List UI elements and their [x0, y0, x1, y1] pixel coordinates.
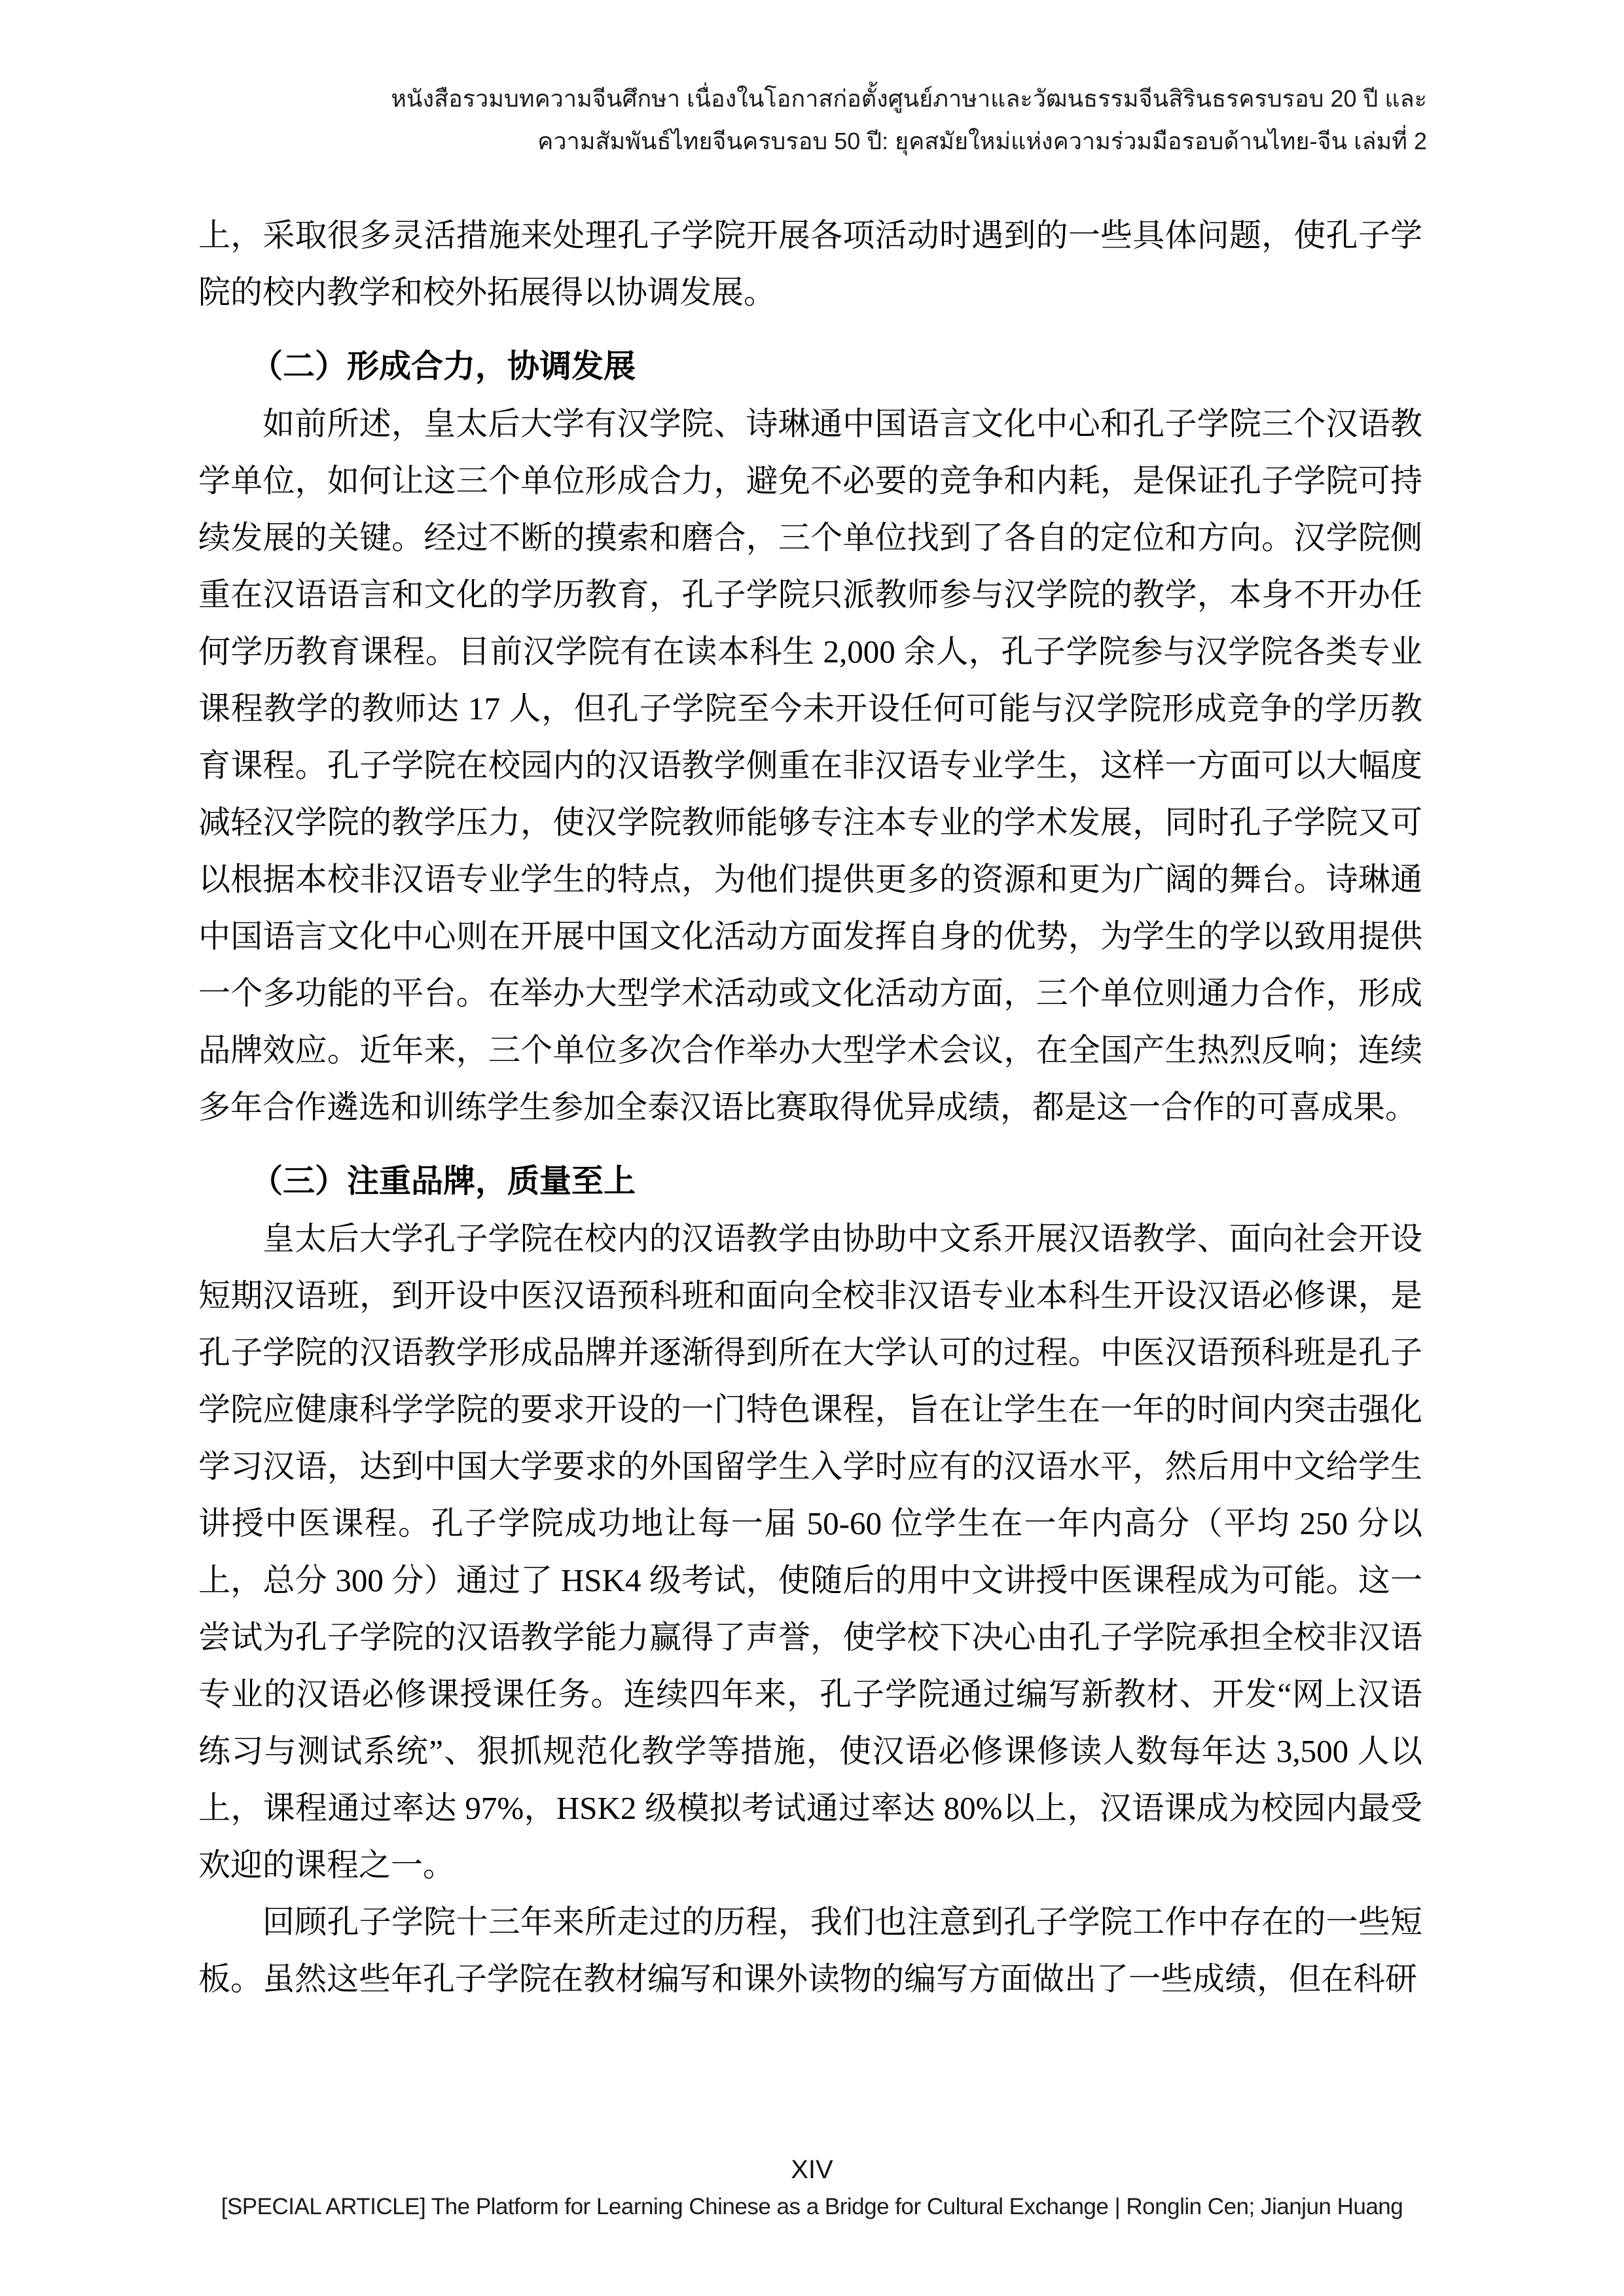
footer-credit: [SPECIAL ARTICLE] The Platform for Learn… — [0, 2193, 1624, 2221]
section-heading-3: （三）注重品牌，质量至上 — [198, 1153, 1422, 1210]
section-heading-2: （二）形成合力，协调发展 — [198, 338, 1422, 395]
running-head-line-1: หนังสือรวมบทความจีนศึกษา เนื่องในโอกาสก่… — [391, 77, 1427, 120]
body-text: 上，采取很多灵活措施来处理孔子学院开展各项活动时遇到的一些具体问题，使孔子学院的… — [198, 207, 1422, 2007]
page-number: XIV — [0, 2156, 1624, 2183]
running-head: หนังสือรวมบทความจีนศึกษา เนื่องในโอกาสก่… — [391, 77, 1427, 162]
paragraph: 如前所述，皇太后大学有汉学院、诗琳通中国语言文化中心和孔子学院三个汉语教学单位，… — [198, 395, 1422, 1136]
paragraph-continuation: 上，采取很多灵活措施来处理孔子学院开展各项活动时遇到的一些具体问题，使孔子学院的… — [198, 207, 1422, 321]
paragraph: 皇太后大学孔子学院在校内的汉语教学由协助中文系开展汉语教学、面向社会开设短期汉语… — [198, 1210, 1422, 1893]
paragraph: 回顾孔子学院十三年来所走过的历程，我们也注意到孔子学院工作中存在的一些短板。虽然… — [198, 1893, 1422, 2007]
document-page: { "header": { "line1": "หนังสือรวมบทความ… — [0, 0, 1624, 2296]
running-head-line-2: ความสัมพันธ์ไทยจีนครบรอบ 50 ปี: ยุคสมัยใ… — [391, 120, 1427, 162]
